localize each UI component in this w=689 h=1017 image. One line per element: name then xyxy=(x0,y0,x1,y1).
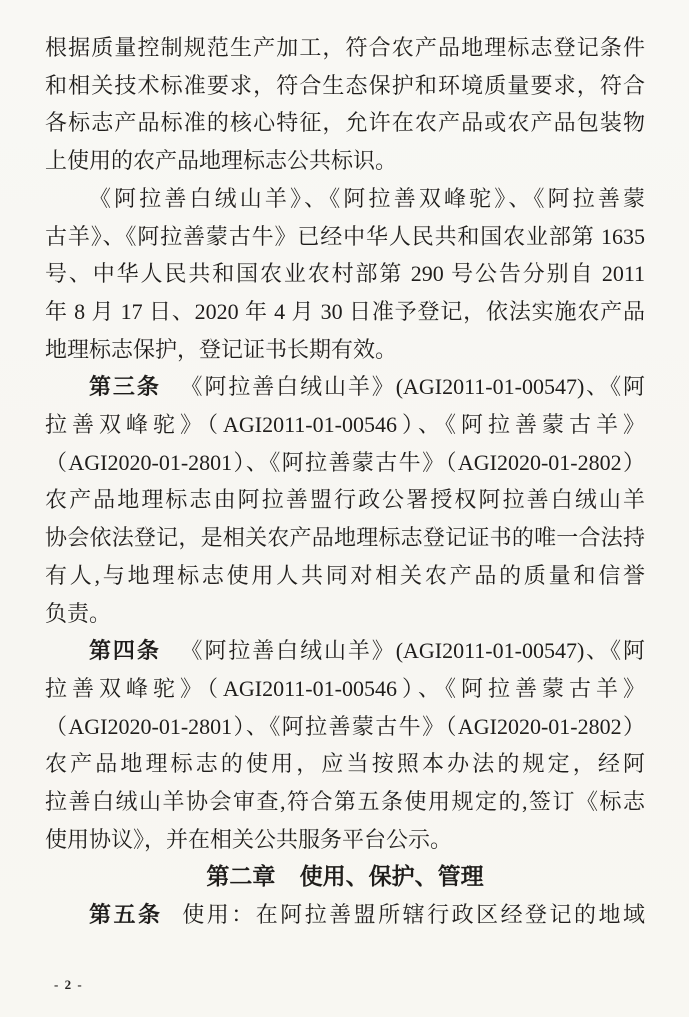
chapter-heading-line: 第二章使用、保护、管理 xyxy=(45,858,645,896)
text-line: 拉善双峰驼》（AGI2011-01-00546）、《阿拉善蒙古羊》 xyxy=(45,670,645,708)
article-5-number: 第五条 xyxy=(89,902,162,927)
article-4-first-line: 《阿拉善白绒山羊》(AGI2011-01-00547)、《阿 xyxy=(181,638,645,663)
article-5: 第五条使用：在阿拉善盟所辖行政区经登记的地域 xyxy=(45,896,645,934)
text-line: 第四条《阿拉善白绒山羊》(AGI2011-01-00547)、《阿 xyxy=(45,632,645,670)
text-line: 使用协议》，并在相关公共服务平台公示。 xyxy=(45,821,645,859)
text-line: 第三条《阿拉善白绒山羊》(AGI2011-01-00547)、《阿 xyxy=(45,368,645,406)
chapter-number: 第二章 xyxy=(206,864,275,889)
text-line: 农产品地理标志的使用，应当按照本办法的规定，经阿 xyxy=(45,745,645,783)
text-line: （AGI2020-01-2801）、《阿拉善蒙古牛》（AGI2020-01-28… xyxy=(45,444,645,482)
article-5-first-line: 使用：在阿拉善盟所辖行政区经登记的地域 xyxy=(182,902,645,927)
article-3-number: 第三条 xyxy=(89,374,161,399)
text-line: 和相关技术标准要求，符合生态保护和环境质量要求，符合 xyxy=(45,67,645,105)
scanned-document-page: 根据质量控制规范生产加工，符合农产品地理标志登记条件 和相关技术标准要求，符合生… xyxy=(0,0,689,1017)
text-line: 年 8 月 17 日、2020 年 4 月 30 日准予登记，依法实施农产品 xyxy=(45,293,645,331)
text-line: 根据质量控制规范生产加工，符合农产品地理标志登记条件 xyxy=(45,29,645,67)
article-4-number: 第四条 xyxy=(89,638,161,663)
article-4: 第四条《阿拉善白绒山羊》(AGI2011-01-00547)、《阿 拉善双峰驼》… xyxy=(45,632,645,858)
text-line: 协会依法登记，是相关农产品地理标志登记证书的唯一合法持 xyxy=(45,519,645,557)
chapter-title: 使用、保护、管理 xyxy=(300,864,484,889)
text-line: 上使用的农产品地理标志公共标识。 xyxy=(45,142,645,180)
text-line: 古羊》、《阿拉善蒙古牛》已经中华人民共和国农业部第 1635 xyxy=(45,218,645,256)
text-line: 地理标志保护，登记证书长期有效。 xyxy=(45,331,645,369)
article-3: 第三条《阿拉善白绒山羊》(AGI2011-01-00547)、《阿 拉善双峰驼》… xyxy=(45,368,645,632)
text-line: 拉善白绒山羊协会审查,符合第五条使用规定的,签订《标志 xyxy=(45,783,645,821)
chapter-2-heading: 第二章使用、保护、管理 xyxy=(45,858,645,896)
page-number: - 2 - xyxy=(54,977,83,993)
text-line: 第五条使用：在阿拉善盟所辖行政区经登记的地域 xyxy=(45,896,645,934)
paragraph-continuation: 根据质量控制规范生产加工，符合农产品地理标志登记条件 和相关技术标准要求，符合生… xyxy=(45,29,645,180)
article-3-first-line: 《阿拉善白绒山羊》(AGI2011-01-00547)、《阿 xyxy=(181,374,645,399)
text-line: 有人,与地理标志使用人共同对相关农产品的质量和信誉 xyxy=(45,557,645,595)
text-line: 农产品地理标志由阿拉善盟行政公署授权阿拉善白绒山羊 xyxy=(45,481,645,519)
text-line: 负责。 xyxy=(45,595,645,633)
text-line: 拉善双峰驼》（AGI2011-01-00546）、《阿拉善蒙古羊》 xyxy=(45,406,645,444)
document-text-block: 根据质量控制规范生产加工，符合农产品地理标志登记条件 和相关技术标准要求，符合生… xyxy=(45,29,645,934)
text-line: 号、中华人民共和国农业农村部第 290 号公告分别自 2011 xyxy=(45,255,645,293)
paragraph-registration-announcements: 《阿拉善白绒山羊》、《阿拉善双峰驼》、《阿拉善蒙 古羊》、《阿拉善蒙古牛》已经中… xyxy=(45,180,645,369)
text-line: 各标志产品标准的核心特征，允许在农产品或农产品包装物 xyxy=(45,104,645,142)
text-line: 《阿拉善白绒山羊》、《阿拉善双峰驼》、《阿拉善蒙 xyxy=(45,180,645,218)
text-line: （AGI2020-01-2801）、《阿拉善蒙古牛》（AGI2020-01-28… xyxy=(45,708,645,746)
